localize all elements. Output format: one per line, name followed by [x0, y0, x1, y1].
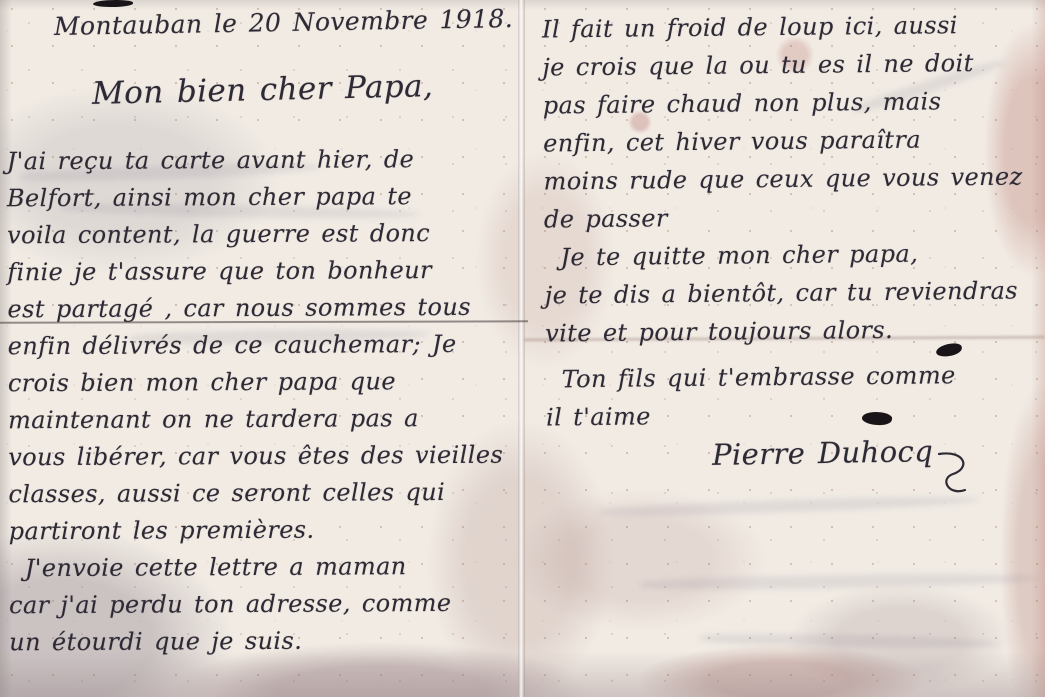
letter-line: Ton fils qui t'embrasse comme — [545, 355, 1024, 398]
right-paragraph-closing: Ton fils qui t'embrasse comme il t'aime — [545, 355, 1025, 436]
right-page-body: Il fait un froid de loup ici, aussi je c… — [542, 6, 1025, 437]
letter-line: moins rude que ceux que vous venez — [543, 157, 1022, 200]
left-paragraph-1: J'ai reçu ta carte avant hier, de Belfor… — [7, 141, 504, 551]
letter-line: je te dis a bientôt, car tu reviendras — [545, 271, 1024, 314]
letter-line: enfin délivrés de ce cauchemar; Je — [8, 326, 503, 366]
left-page-body: J'ai reçu ta carte avant hier, de Belfor… — [7, 141, 505, 662]
signature: Pierre Duhocq — [712, 434, 934, 472]
letter-line: car j'ai perdu ton adresse, comme — [9, 585, 504, 625]
letter-scan: Montauban le 20 Novembre 1918. Mon bien … — [0, 0, 1045, 697]
right-paragraph-2: Je te quitte mon cher papa, je te dis a … — [544, 233, 1024, 352]
letter-line: voila content, la guerre est donc — [7, 215, 502, 255]
signature-flourish — [935, 450, 977, 506]
letter-line: pas faire chaud non plus, mais — [543, 81, 1022, 124]
letter-line: partiront les premières. — [9, 511, 504, 551]
letter-line: Belfort, ainsi mon cher papa te — [7, 178, 502, 218]
letter-line-creased: est partagé , car nous sommes tous — [7, 289, 502, 329]
date-line: Montauban le 20 Novembre 1918. — [54, 4, 514, 41]
letter-line: classes, aussi ce seront celles qui — [8, 474, 503, 514]
letter-line: vite et pour toujours alors. — [545, 309, 1024, 352]
letter-line: je crois que la ou tu es il ne doit — [542, 44, 1021, 87]
letter-line: enfin, cet hiver vous paraîtra — [543, 119, 1022, 162]
salutation: Mon bien cher Papa, — [92, 68, 434, 112]
right-paragraph-1: Il fait un froid de loup ici, aussi je c… — [542, 6, 1023, 239]
letter-line: maintenant on ne tardera pas a — [8, 400, 503, 440]
letter-line: de passer — [544, 195, 1023, 238]
letter-line: un étourdi que je suis. — [9, 622, 504, 662]
page-left: Montauban le 20 Novembre 1918. Mon bien … — [0, 0, 521, 697]
left-paragraph-2: J'envoie cette lettre a maman car j'ai p… — [9, 548, 504, 662]
signature-block: Pierre Duhocq — [712, 436, 977, 506]
letter-line: finie je t'assure que ton bonheur — [7, 252, 502, 292]
letter-line: il t'aime — [546, 393, 1025, 436]
letter-line: J'envoie cette lettre a maman — [9, 548, 504, 588]
letter-line: Je te quitte mon cher papa, — [544, 233, 1023, 276]
letter-line: Il fait un froid de loup ici, aussi — [542, 6, 1021, 49]
letter-line: J'ai reçu ta carte avant hier, de — [7, 141, 502, 181]
page-right: Il fait un froid de loup ici, aussi je c… — [524, 0, 1045, 697]
letter-line: vous libérer, car vous êtes des vieilles — [8, 437, 503, 477]
letter-line: crois bien mon cher papa que — [8, 363, 503, 403]
